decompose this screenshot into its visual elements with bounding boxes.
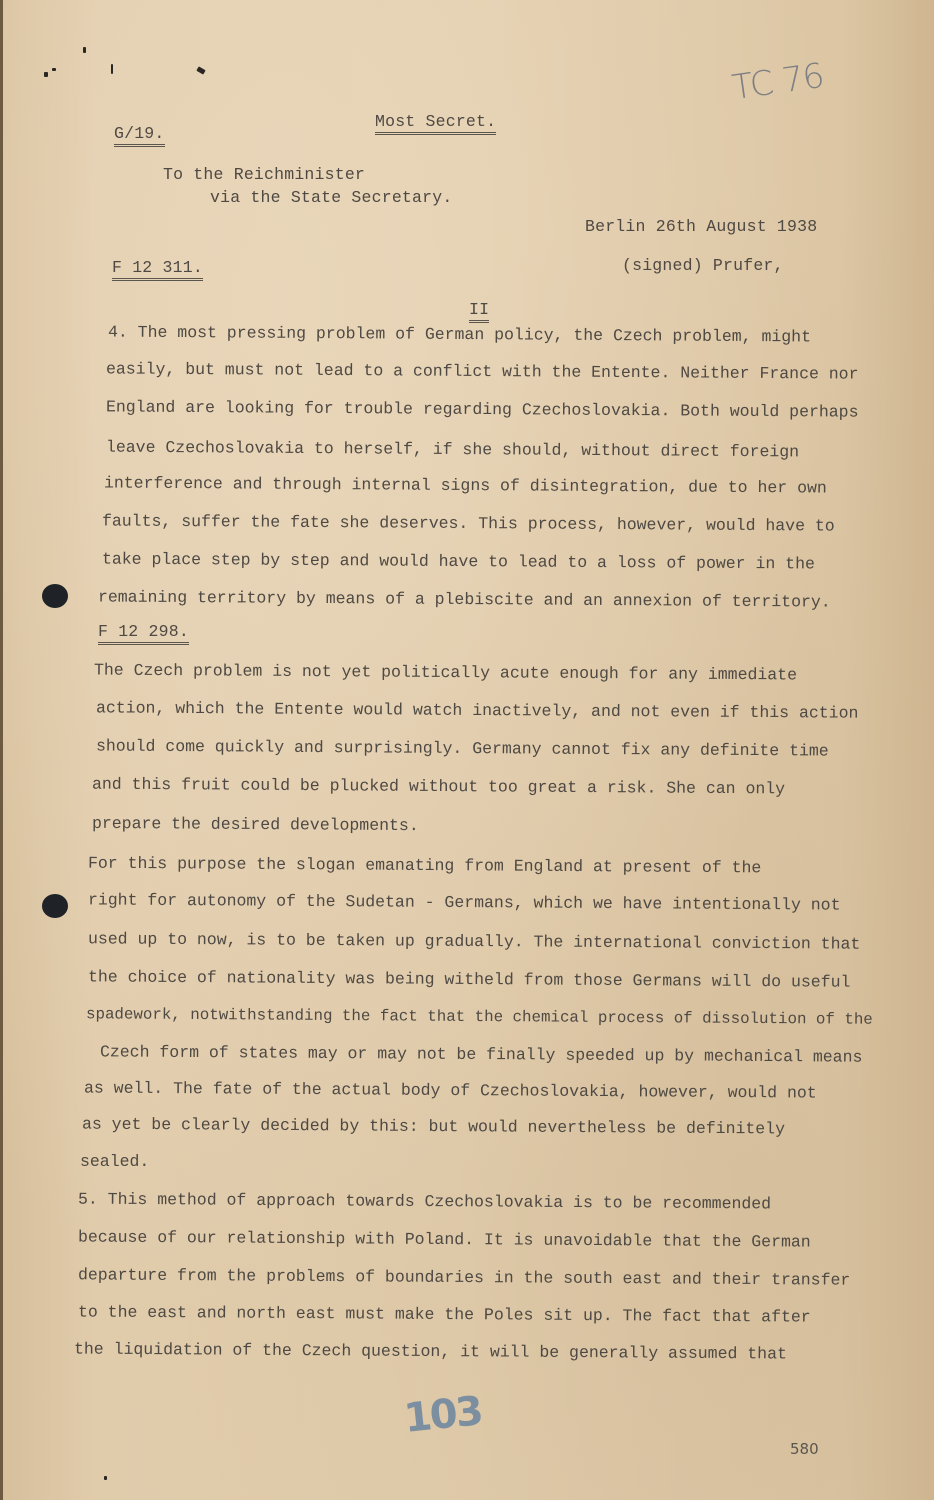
text-line: easily, but must not lead to a conflict … (106, 359, 859, 383)
punch-hole (42, 584, 68, 608)
text-line: leave Czechoslovakia to herself, if she … (106, 438, 799, 462)
punch-hole (42, 894, 68, 918)
text-line: sealed. (80, 1152, 149, 1171)
text-line: faults, suffer the fate she deserves. Th… (102, 511, 835, 535)
text-line: For this purpose the slogan emanating fr… (88, 854, 761, 878)
text-line: used up to now, is to be taken up gradua… (88, 929, 860, 953)
blue-pencil-folio-number: 103 (402, 1388, 484, 1442)
text-line: England are looking for trouble regardin… (106, 397, 859, 421)
text-line: to the east and north east must make the… (78, 1302, 811, 1326)
text-line: take place step by step and would have t… (102, 550, 815, 574)
body-text: 4. The most pressing problem of German p… (0, 0, 934, 1500)
text-line: action, which the Entente would watch in… (96, 698, 859, 722)
text-line: interference and through internal signs … (104, 473, 827, 497)
text-line: as well. The fate of the actual body of … (84, 1078, 817, 1102)
text-line: 4. The most pressing problem of German p… (108, 323, 811, 347)
document-page: TC 76 G/19. Most Secret. To the Reichmin… (0, 0, 934, 1500)
text-line: 5. This method of approach towards Czech… (78, 1190, 771, 1214)
text-line: the liquidation of the Czech question, i… (74, 1340, 787, 1364)
text-line: Czech form of states may or may not be f… (100, 1042, 863, 1066)
text-line: right for autonomy of the Sudetan - Germ… (88, 890, 841, 914)
text-line: as yet be clearly decided by this: but w… (82, 1115, 785, 1139)
text-line: the choice of nationality was being with… (88, 967, 851, 991)
file-reference-2-text: F 12 298. (98, 622, 189, 645)
text-line: prepare the desired developments. (92, 814, 419, 835)
page-number: 580 (790, 1440, 819, 1458)
text-line: remaining territory by means of a plebis… (98, 587, 831, 611)
text-line: The Czech problem is not yet politically… (94, 661, 797, 685)
text-line: departure from the problems of boundarie… (78, 1265, 850, 1289)
text-line: spadework, notwithstanding the fact that… (86, 1005, 873, 1028)
text-line: and this fruit could be plucked without … (92, 775, 785, 799)
text-line: because of our relationship with Poland.… (78, 1227, 811, 1251)
file-reference-2: F 12 298. (98, 622, 189, 641)
text-line: should come quickly and surprisingly. Ge… (96, 736, 829, 760)
ink-speck (104, 1476, 107, 1480)
